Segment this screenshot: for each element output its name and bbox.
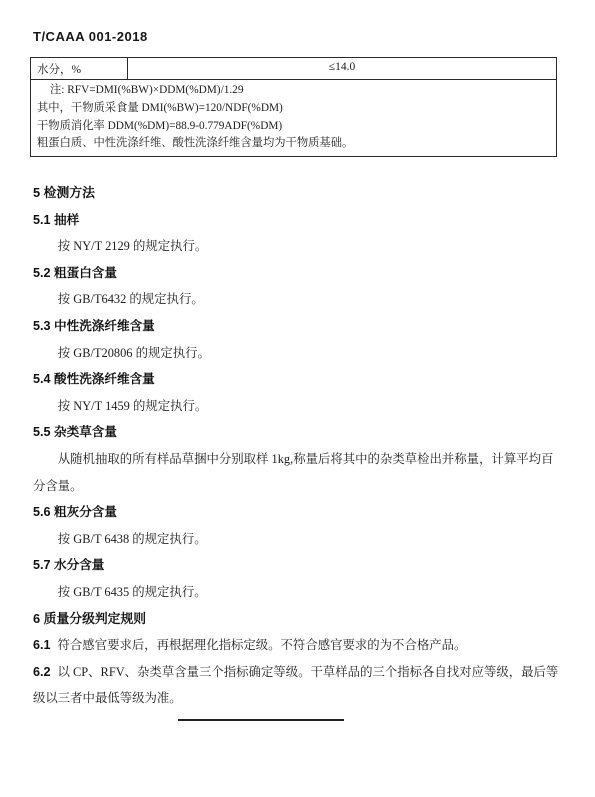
subsection-5-6-heading: 5.6 粗灰分含量 <box>33 499 563 526</box>
clause-6-2-text: 以 CP、RFV、杂类草含量三个指标确定等级。干草样品的三个指标各自找对应等级，… <box>33 665 558 706</box>
subsection-5-2-body: 按 GB/T6432 的规定执行。 <box>33 286 563 313</box>
clause-6-2: 6.2以 CP、RFV、杂类草含量三个指标确定等级。干草样品的三个指标各自找对应… <box>33 659 563 712</box>
subsection-5-4-body: 按 NY/T 1459 的规定执行。 <box>33 393 563 420</box>
clause-6-1: 6.1符合感官要求后，再根据理化指标定级。不符合感官要求的为不合格产品。 <box>33 632 563 659</box>
table-notes-cell: 注: RFV=DMI(%BW)×DDM(%DM)/1.29 其中，干物质采食量 … <box>31 80 557 157</box>
subsection-5-4-heading: 5.4 酸性洗涤纤维含量 <box>33 366 563 393</box>
clause-6-1-text: 符合感官要求后，再根据理化指标定级。不符合感官要求的为不合格产品。 <box>58 638 467 652</box>
subsection-5-6-body: 按 GB/T 6438 的规定执行。 <box>33 526 563 553</box>
clause-6-2-number: 6.2 <box>33 665 51 679</box>
subsection-5-7-body: 按 GB/T 6435 的规定执行。 <box>33 579 563 606</box>
table-notes-row: 注: RFV=DMI(%BW)×DDM(%DM)/1.29 其中，干物质采食量 … <box>31 80 557 157</box>
subsection-5-1-heading: 5.1 抽样 <box>33 207 563 234</box>
section-6-heading: 6 质量分级判定规则 <box>33 606 563 633</box>
subsection-5-5-body: 从随机抽取的所有样品草捆中分别取样 1kg,称量后将其中的杂类草检出并称量，计算… <box>33 446 563 499</box>
table-row: 水分，% ≤14.0 <box>31 58 557 80</box>
subsection-5-2-heading: 5.2 粗蛋白含量 <box>33 260 563 287</box>
spec-table: 水分，% ≤14.0 注: RFV=DMI(%BW)×DDM(%DM)/1.29… <box>30 57 557 157</box>
table-note: 粗蛋白质、中性洗涤纤维、酸性洗涤纤维含量均为干物质基础。 <box>37 135 550 153</box>
standard-number-header: T/CAAA 001-2018 <box>33 29 148 44</box>
table-note: 注: RFV=DMI(%BW)×DDM(%DM)/1.29 <box>37 82 550 100</box>
table-note: 干物质消化率 DDM(%DM)=88.9-0.779ADF(%DM) <box>37 118 550 136</box>
spec-row-value: ≤14.0 <box>128 58 557 80</box>
subsection-5-7-heading: 5.7 水分含量 <box>33 552 563 579</box>
footnote-divider <box>178 719 344 721</box>
document-page: T/CAAA 001-2018 水分，% ≤14.0 注: RFV=DMI(%B… <box>0 0 595 797</box>
subsection-5-3-body: 按 GB/T20806 的规定执行。 <box>33 340 563 367</box>
document-body: 5 检测方法 5.1 抽样 按 NY/T 2129 的规定执行。 5.2 粗蛋白… <box>33 180 563 712</box>
subsection-5-1-body: 按 NY/T 2129 的规定执行。 <box>33 233 563 260</box>
spec-row-label: 水分，% <box>31 58 128 80</box>
section-5-heading: 5 检测方法 <box>33 180 563 207</box>
subsection-5-5-heading: 5.5 杂类草含量 <box>33 419 563 446</box>
table-note: 其中，干物质采食量 DMI(%BW)=120/NDF(%DM) <box>37 100 550 118</box>
subsection-5-3-heading: 5.3 中性洗涤纤维含量 <box>33 313 563 340</box>
clause-6-1-number: 6.1 <box>33 638 51 652</box>
